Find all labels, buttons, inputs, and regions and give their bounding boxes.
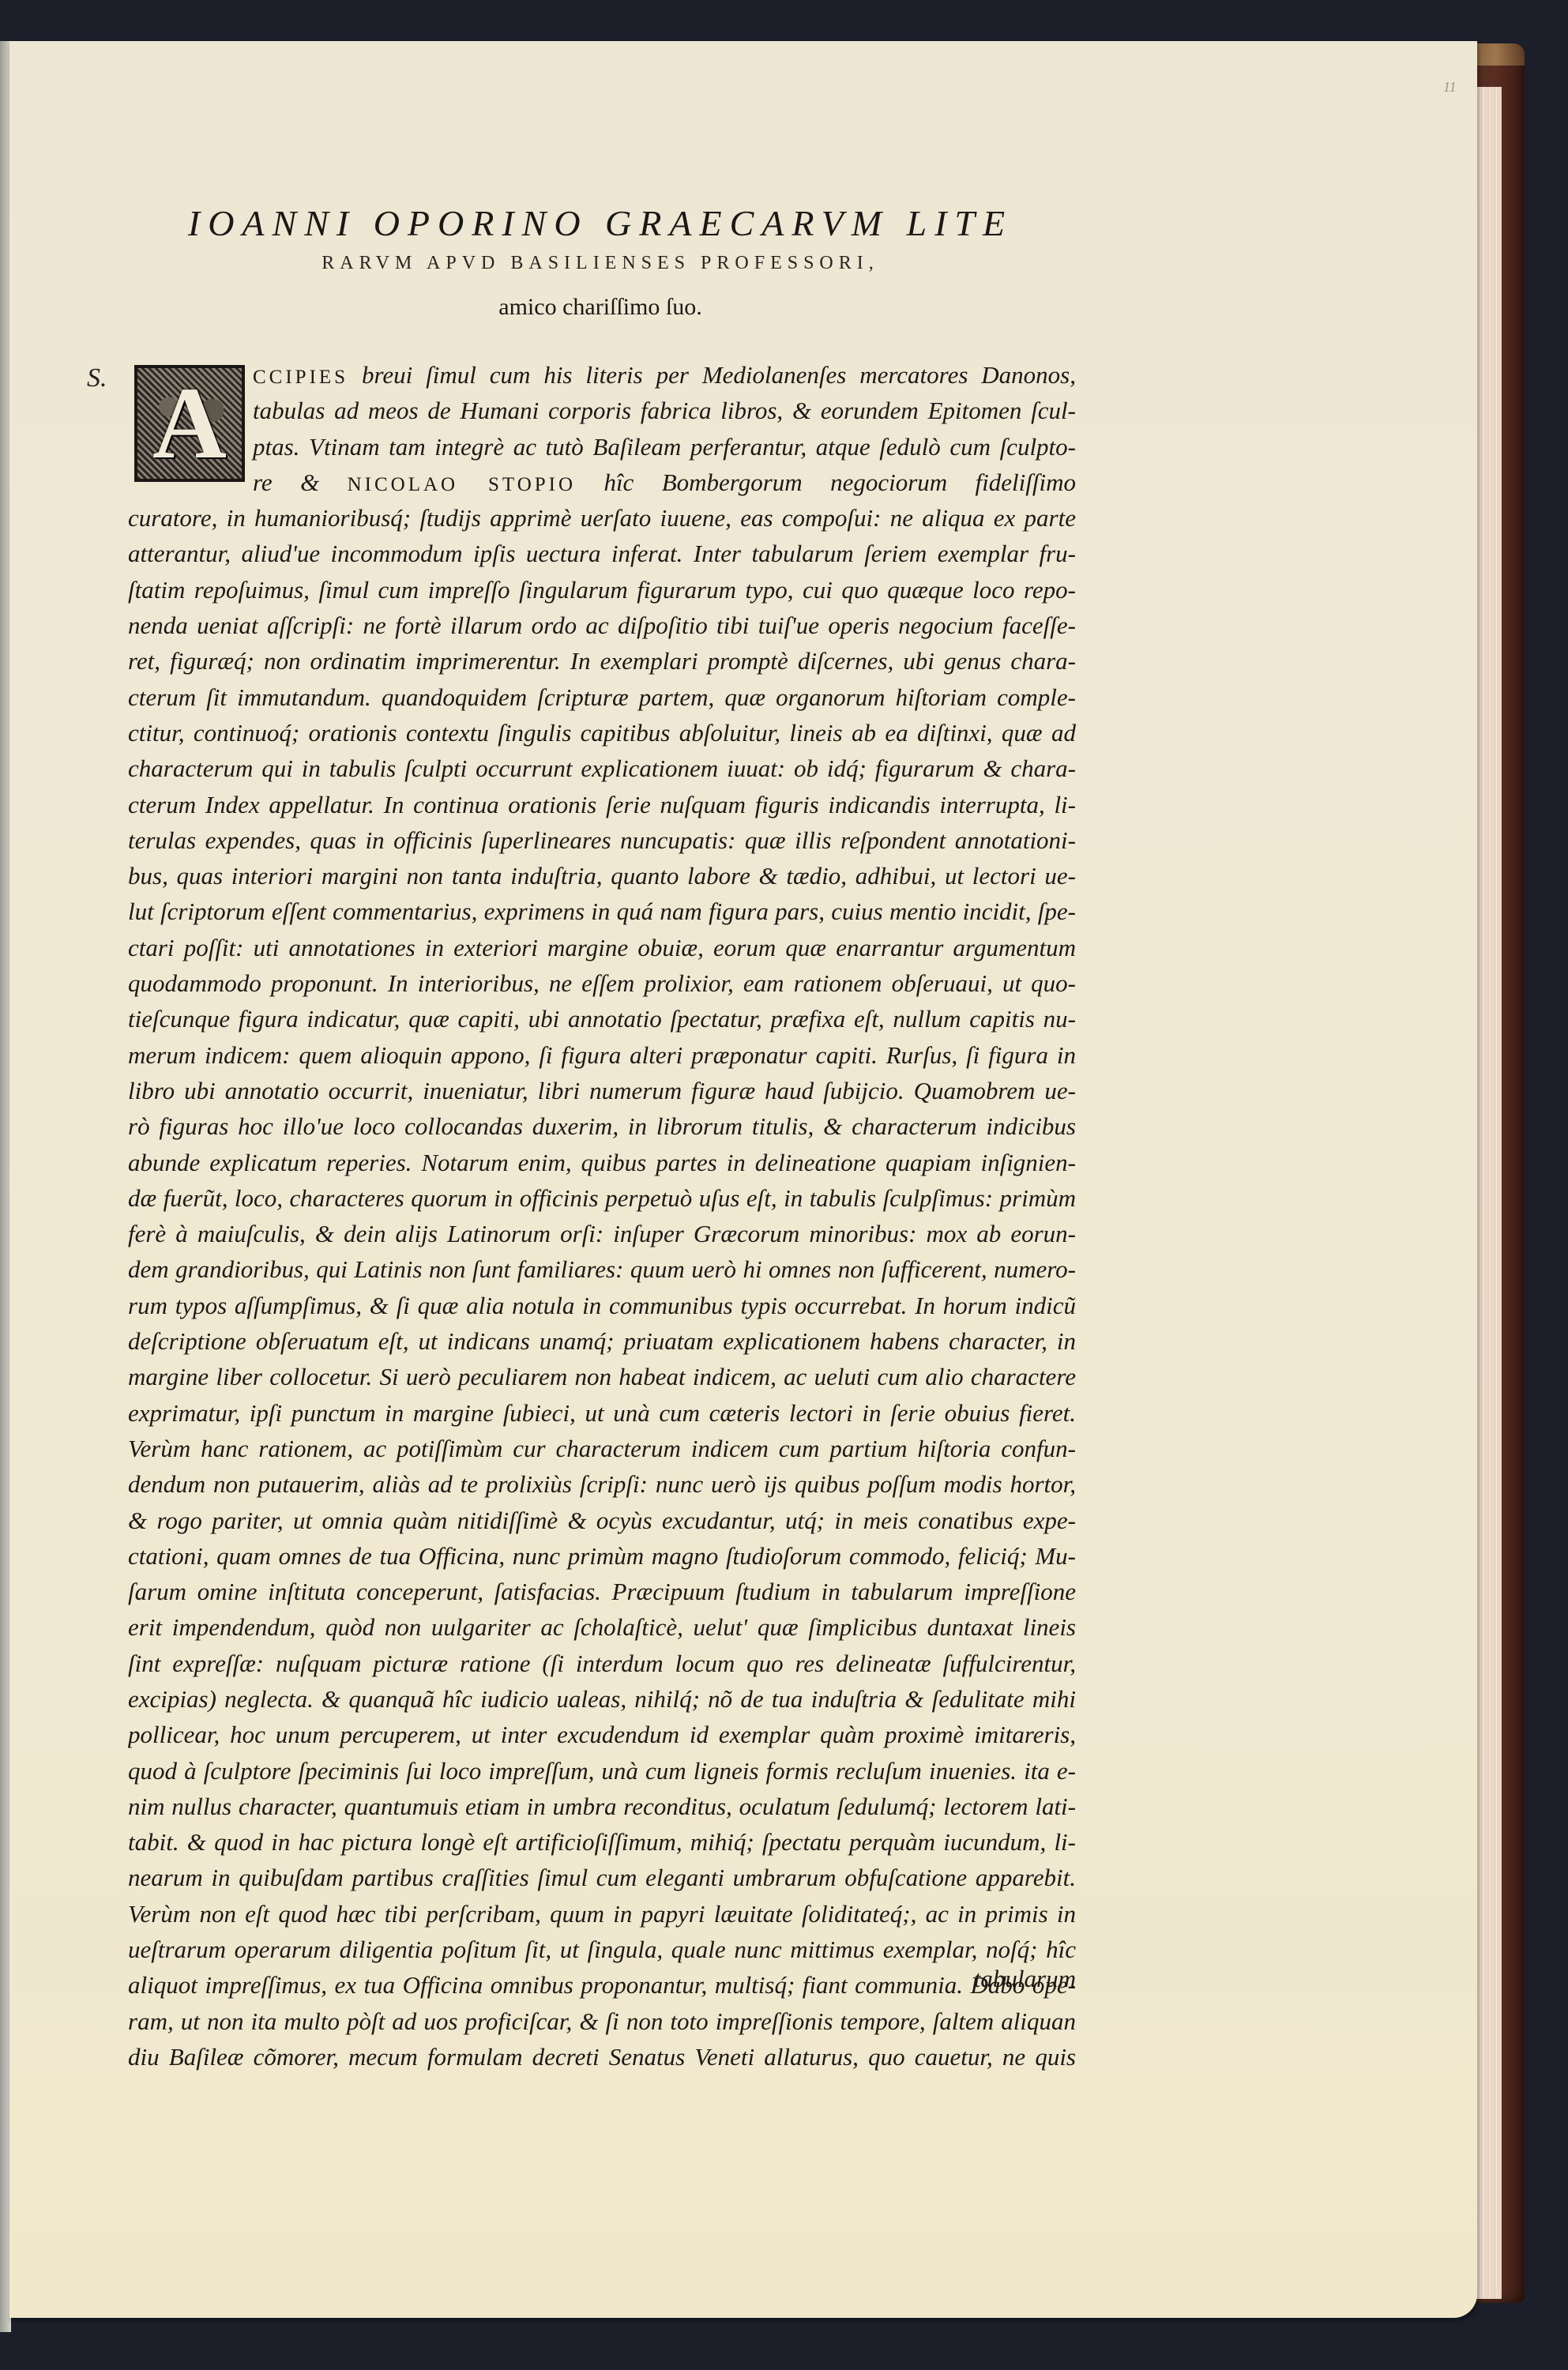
- text-line: rò figuras hoc illo'ue loco collocandas …: [128, 1108, 1076, 1144]
- letter-body: CCIPIES breui ſimul cum his literis per …: [128, 357, 1076, 2075]
- text-line: lut ſcriptorum eſſent commentarius, expr…: [128, 893, 1076, 929]
- text-line: Verùm non eſt quod hæc tibi perſcribam, …: [128, 1896, 1076, 1932]
- dedication-heading-line2: RARVM APVD BASILIENSES PROFESSORI,: [126, 253, 1074, 274]
- line-text: re &: [253, 468, 348, 496]
- text-line: atterantur, aliud'ue incommodum ipſis ue…: [128, 536, 1076, 571]
- text-line: ptas. Vtinam tam integrè ac tutò Baſilea…: [128, 429, 1076, 465]
- text-line: CCIPIES breui ſimul cum his literis per …: [128, 357, 1076, 393]
- text-line: exprimatur, ipſi punctum in margine ſubi…: [128, 1395, 1076, 1431]
- catchword: tabularum: [128, 1961, 1076, 1996]
- line-text: breui ſimul cum his literis per Mediolan…: [348, 361, 1076, 389]
- text-line: ſarum omine inſtituta conceperunt, ſatis…: [128, 1574, 1076, 1609]
- text-line: quod à ſculptore ſpeciminis ſui loco imp…: [128, 1753, 1076, 1789]
- text-line: curatore, in humanioribusq́; ſtudijs app…: [128, 500, 1076, 536]
- text-line: nim nullus character, quantumuis etiam i…: [128, 1789, 1076, 1824]
- text-line: erit impendendum, quòd non uulgariter ac…: [128, 1609, 1076, 1645]
- text-line: dem grandioribus, qui Latinis non ſunt f…: [128, 1251, 1076, 1287]
- text-line: margine liber collocetur. Si uerò peculi…: [128, 1359, 1076, 1394]
- text-line: dæ fuerũt, loco, characteres quorum in o…: [128, 1180, 1076, 1216]
- small-caps-opening: CCIPIES: [253, 367, 348, 388]
- text-line: re & NICOLAO STOPIO hîc Bombergorum nego…: [128, 465, 1076, 500]
- line-text: hîc Bombergorum negociorum fideliſſimo: [576, 468, 1076, 496]
- text-line: ferè à maiuſculis, & dein alijs Latinoru…: [128, 1216, 1076, 1251]
- text-line: ctari poſſit: uti annotationes in exteri…: [128, 930, 1076, 965]
- text-line: tabulas ad meos de Humani corporis fabri…: [128, 393, 1076, 428]
- text-line: tabit. & quod in hac pictura longè eſt a…: [128, 1824, 1076, 1860]
- text-line: abunde explicatum reperies. Notarum enim…: [128, 1145, 1076, 1180]
- text-line: nearum in quibuſdam partibus craſſities …: [128, 1860, 1076, 1895]
- text-line: quodammodo proponunt. In interioribus, n…: [128, 965, 1076, 1001]
- text-line: ſint expreſſæ: nuſquam picturæ ratione (…: [128, 1646, 1076, 1681]
- text-line: cterum ſit immutandum. quandoquidem ſcri…: [128, 679, 1076, 715]
- text-line: cterum Index appellatur. In continua ora…: [128, 787, 1076, 822]
- text-line: pollicear, hoc unum percuperem, ut inter…: [128, 1717, 1076, 1752]
- text-line: tieſcunque figura indicatur, quæ capiti,…: [128, 1001, 1076, 1036]
- dedication-heading-line1: IOANNI OPORINO GRAECARVM LITE: [126, 202, 1074, 244]
- text-line: ctitur, continuoq́; orationis contextu ſ…: [128, 715, 1076, 750]
- text-line: deſcriptione obſeruatum eſt, ut indicans…: [128, 1323, 1076, 1359]
- text-line: characterum qui in tabulis ſculpti occur…: [128, 750, 1076, 786]
- text-line: libro ubi annotatio occurrit, inueniatur…: [128, 1073, 1076, 1108]
- catchword-container: tabularum: [128, 1961, 1076, 1996]
- text-line: Verùm hanc rationem, ac potiſſimùm cur c…: [128, 1431, 1076, 1466]
- page-fore-edge: [1473, 87, 1502, 2299]
- small-caps-name: NICOLAO STOPIO: [348, 474, 576, 495]
- text-line: dendum non putauerim, aliàs ad te prolix…: [128, 1466, 1076, 1502]
- text-line: & rogo pariter, ut omnia quàm nitidiſſim…: [128, 1503, 1076, 1538]
- text-line: bus, quas interiori margini non tanta in…: [128, 858, 1076, 893]
- text-line: terulas expendes, quas in officinis ſupe…: [128, 822, 1076, 858]
- pencil-page-number: 11: [1443, 79, 1457, 96]
- salutation-margin-note: S.: [87, 363, 107, 393]
- text-line: ram, ut non ita multo pòſt ad uos profic…: [128, 2003, 1076, 2039]
- text-line: ſtatim repoſuimus, ſimul cum impreſſo ſi…: [128, 572, 1076, 608]
- text-line: merum indicem: quem alioquin appono, ſi …: [128, 1037, 1076, 1073]
- text-line: ctationi, quam omnes de tua Officina, nu…: [128, 1538, 1076, 1574]
- text-line: nenda ueniat aſſcripſi: ne fortè illarum…: [128, 608, 1076, 643]
- text-line: rum typos aſſumpſimus, & ſi quæ alia not…: [128, 1288, 1076, 1323]
- text-line: diu Baſileæ cõmorer, mecum formulam decr…: [128, 2039, 1076, 2075]
- dedication-heading-line3: amico chariſſimo ſuo.: [126, 294, 1074, 321]
- text-line: ret, figuræq́; non ordinatim imprimerent…: [128, 643, 1076, 679]
- text-line: excipias) neglecta. & quanquã hîc iudici…: [128, 1681, 1076, 1717]
